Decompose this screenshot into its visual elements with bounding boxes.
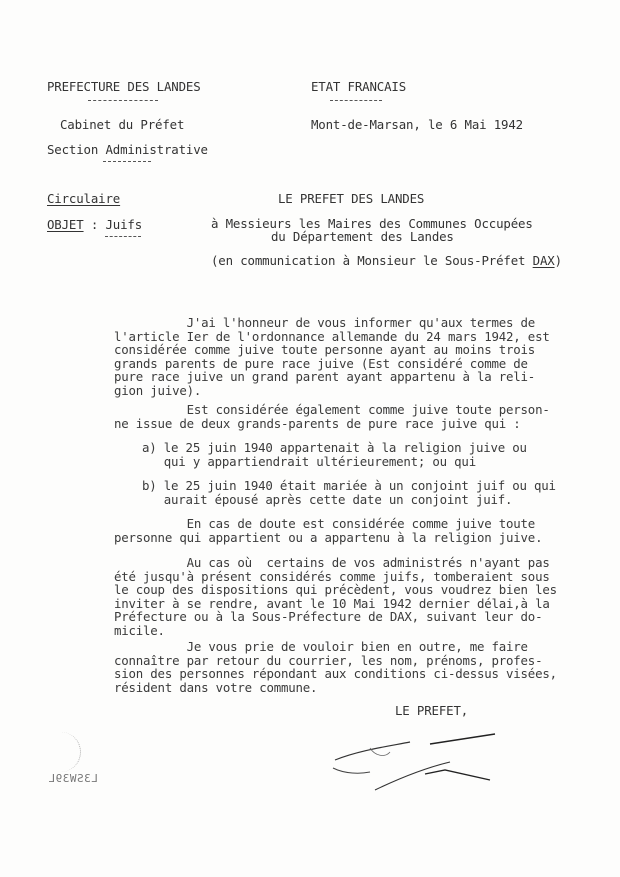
signature	[330, 728, 500, 798]
divider	[88, 100, 158, 101]
document-type: Circulaire	[47, 192, 120, 205]
object-line: OBJET : Juifs	[47, 218, 142, 231]
object-label: OBJET	[47, 217, 84, 232]
divider	[103, 161, 151, 162]
archive-number: L3SW39L	[48, 772, 98, 785]
prefecture-heading: PREFECTURE DES LANDES	[47, 80, 201, 93]
paragraph-5: Je vous prie de vouloir bien en outre, m…	[114, 640, 570, 694]
sender: LE PREFET DES LANDES	[278, 192, 424, 205]
signatory: LE PREFET,	[395, 704, 468, 717]
recipient-line-2: du Département des Landes	[271, 230, 454, 243]
list-item-a: a) le 25 juin 1940 appartenait à la reli…	[142, 441, 527, 468]
paragraph-3: En cas de doute est considérée comme jui…	[114, 517, 570, 544]
divider	[330, 100, 382, 101]
paragraph-2: Est considérée également comme juive tou…	[114, 403, 570, 430]
object-value: Juifs	[106, 217, 143, 232]
divider	[105, 236, 141, 237]
archive-stamp	[40, 732, 81, 772]
list-item-b: b) le 25 juin 1940 était mariée à un con…	[142, 479, 556, 506]
state-heading: ETAT FRANCAIS	[311, 80, 406, 93]
paragraph-4: Au cas où certains de vos administrés n'…	[114, 556, 570, 638]
cabinet-label: Cabinet du Préfet	[60, 118, 184, 131]
copy-prefix: (en communication à Monsieur le Sous-Pré…	[211, 253, 533, 268]
section-label: Section Administrative	[47, 143, 208, 156]
copy-recipient: (en communication à Monsieur le Sous-Pré…	[211, 254, 562, 267]
paragraph-1: J'ai l'honneur de vous informer qu'aux t…	[114, 316, 570, 398]
object-separator: :	[91, 217, 98, 232]
copy-suffix: )	[555, 253, 562, 268]
copy-place: DAX	[533, 253, 555, 268]
place-date: Mont-de-Marsan, le 6 Mai 1942	[311, 118, 523, 131]
